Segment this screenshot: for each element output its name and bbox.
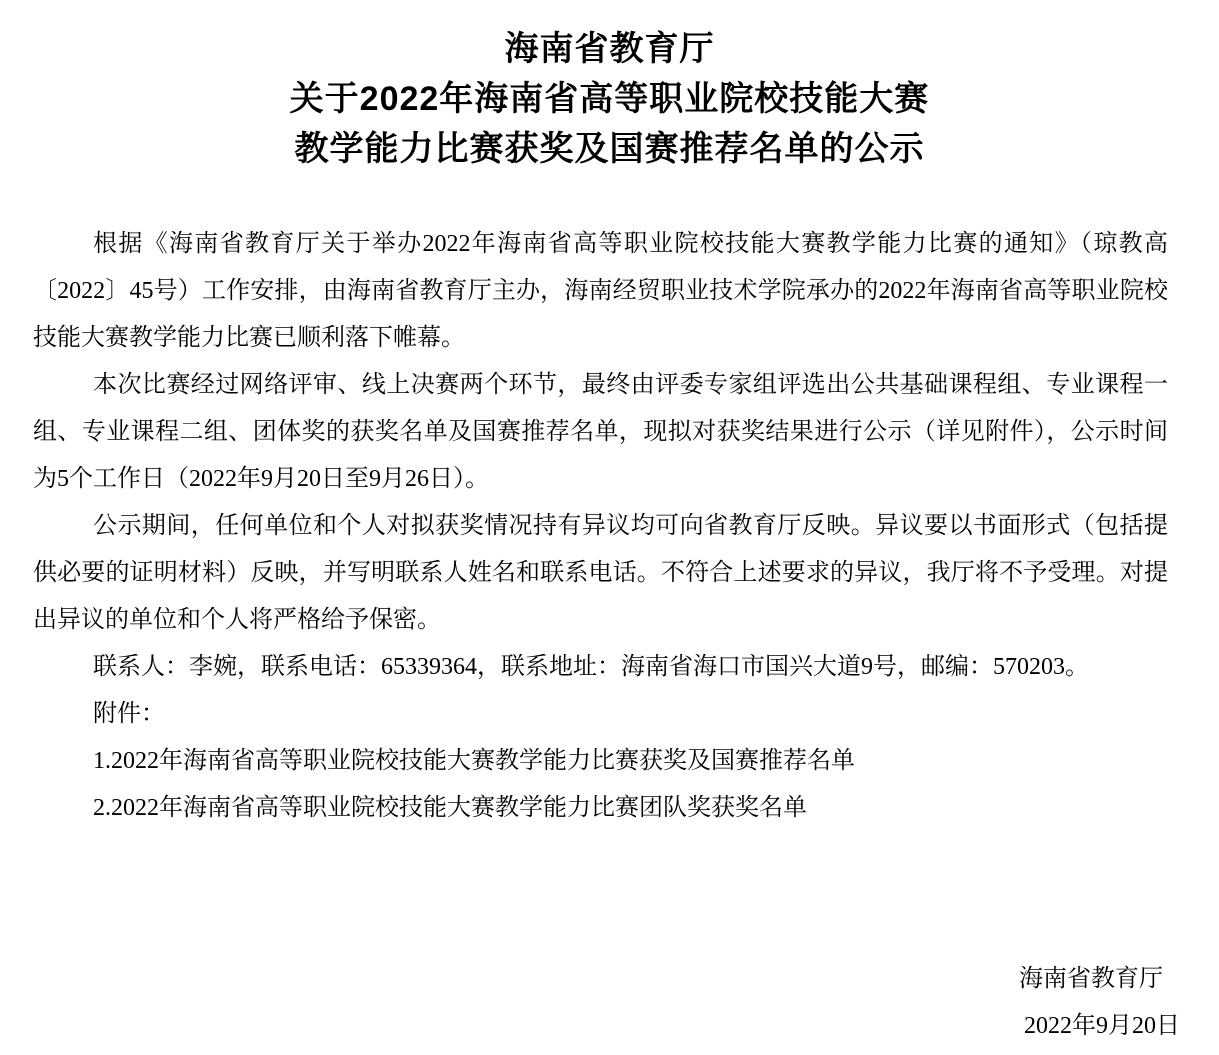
paragraph-objection: 公示期间，任何单位和个人对拟获奖情况持有异议均可向省教育厅反映。异议要以书面形式… <box>33 503 1168 644</box>
paragraph-results: 本次比赛经过网络评审、线上决赛两个环节，最终由评委专家组评选出公共基础课程组、专… <box>33 362 1168 503</box>
document-page: 海南省教育厅 关于2022年海南省高等职业院校技能大赛 教学能力比赛获奖及国赛推… <box>0 0 1219 1055</box>
attachment-item-1: 1.2022年海南省高等职业院校技能大赛教学能力比赛获奖及国赛推荐名单 <box>33 738 1168 785</box>
title-line-1: 海南省教育厅 <box>0 24 1219 74</box>
paragraph-basis: 根据《海南省教育厅关于举办2022年海南省高等职业院校技能大赛教学能力比赛的通知… <box>33 221 1168 362</box>
attachment-item-2: 2.2022年海南省高等职业院校技能大赛教学能力比赛团队奖获奖名单 <box>33 785 1168 832</box>
signature-block: 海南省教育厅 2022年9月20日 <box>0 956 1219 1050</box>
signature-org: 海南省教育厅 <box>0 956 1163 1003</box>
signature-date: 2022年9月20日 <box>0 1003 1180 1050</box>
document-body: 根据《海南省教育厅关于举办2022年海南省高等职业院校技能大赛教学能力比赛的通知… <box>0 221 1219 832</box>
document-title: 海南省教育厅 关于2022年海南省高等职业院校技能大赛 教学能力比赛获奖及国赛推… <box>0 0 1219 174</box>
paragraph-contact: 联系人：李婉，联系电话：65339364，联系地址：海南省海口市国兴大道9号，邮… <box>33 644 1168 691</box>
title-line-2: 关于2022年海南省高等职业院校技能大赛 <box>0 74 1219 124</box>
attachments-label: 附件： <box>33 691 1168 738</box>
title-line-3: 教学能力比赛获奖及国赛推荐名单的公示 <box>0 124 1219 174</box>
